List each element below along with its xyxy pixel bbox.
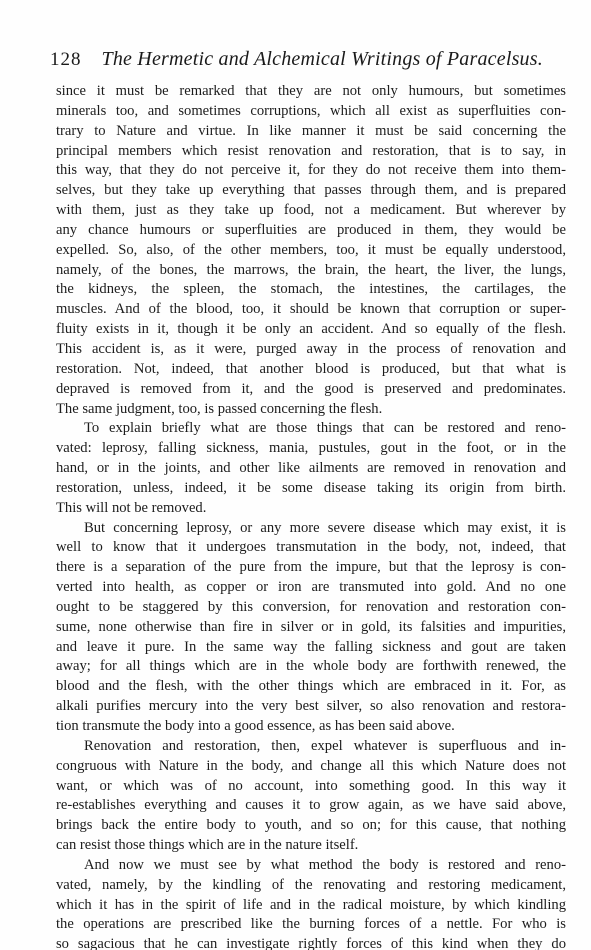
text-line: brings back the entire body to youth, an… (56, 816, 566, 836)
text-line: and leave it pure. In the same way the f… (56, 638, 566, 658)
text-line: re-establishes everything and causes it … (56, 796, 566, 816)
body-text: since it must be remarked that they are … (56, 82, 566, 950)
text-line: principal members which resist renovatio… (56, 142, 566, 162)
text-line: can resist those things which are in the… (56, 836, 566, 856)
text-line: fluity exists in it, though it be only a… (56, 320, 566, 340)
text-line: expelled. So, also, of the other members… (56, 241, 566, 261)
text-line: with them, just as they take up food, no… (56, 201, 566, 221)
text-line: namely, of the bones, the marrows, the b… (56, 261, 566, 281)
text-line: And now we must see by what method the b… (56, 856, 566, 876)
text-line: alkali purifies mercury into the very be… (56, 697, 566, 717)
text-line: hand, or in the joints, and other like a… (56, 459, 566, 479)
text-line: restoration. Not, indeed, that another b… (56, 360, 566, 380)
text-line: But concerning leprosy, or any more seve… (56, 519, 566, 539)
text-line: vated, namely, by the kindling of the re… (56, 876, 566, 896)
text-line: minerals too, and sometimes corruptions,… (56, 102, 566, 122)
text-line: To explain briefly what are those things… (56, 419, 566, 439)
text-line: away; for all things which are in the wh… (56, 657, 566, 677)
text-line: blood and the flesh, with the other thin… (56, 677, 566, 697)
text-line: there is a separation of the pure from t… (56, 558, 566, 578)
text-line: This will not be removed. (56, 499, 566, 519)
text-line: so sagacious that he can investigate rig… (56, 935, 566, 950)
text-line: tion transmute the body into a good esse… (56, 717, 566, 737)
book-page: 128 The Hermetic and Alchemical Writings… (0, 0, 591, 950)
text-line: the operations are prescribed like the b… (56, 915, 566, 935)
text-line: trary to Nature and virtue. In like mann… (56, 122, 566, 142)
text-line: selves, but they take up everything that… (56, 181, 566, 201)
running-title: The Hermetic and Alchemical Writings of … (102, 48, 543, 70)
text-line: restoration, unless, indeed, it be some … (56, 479, 566, 499)
text-line: want, or which was of no account, into s… (56, 777, 566, 797)
text-line: verted into health, as copper or iron ar… (56, 578, 566, 598)
text-line: congruous with Nature in the body, and c… (56, 757, 566, 777)
text-line: any chance humours or superfluities are … (56, 221, 566, 241)
running-header: 128 The Hermetic and Alchemical Writings… (50, 48, 570, 71)
text-line: the kidneys, the spleen, the stomach, th… (56, 280, 566, 300)
text-line: this way, that they do not perceive it, … (56, 161, 566, 181)
text-line: ought to be staggered by this conversion… (56, 598, 566, 618)
text-line: which it has in the spirit of life and i… (56, 896, 566, 916)
text-line: well to know that it undergoes transmuta… (56, 538, 566, 558)
text-line: since it must be remarked that they are … (56, 82, 566, 102)
text-line: The same judgment, too, is passed concer… (56, 400, 566, 420)
text-line: sume, none otherwise than fire in silver… (56, 618, 566, 638)
page-number: 128 (50, 49, 82, 70)
text-line: vated: leprosy, falling sickness, mania,… (56, 439, 566, 459)
text-line: muscles. And of the blood, too, it shoul… (56, 300, 566, 320)
text-line: depraved is removed from it, and the goo… (56, 380, 566, 400)
text-line: This accident is, as it were, purged awa… (56, 340, 566, 360)
text-line: Renovation and restoration, then, expel … (56, 737, 566, 757)
